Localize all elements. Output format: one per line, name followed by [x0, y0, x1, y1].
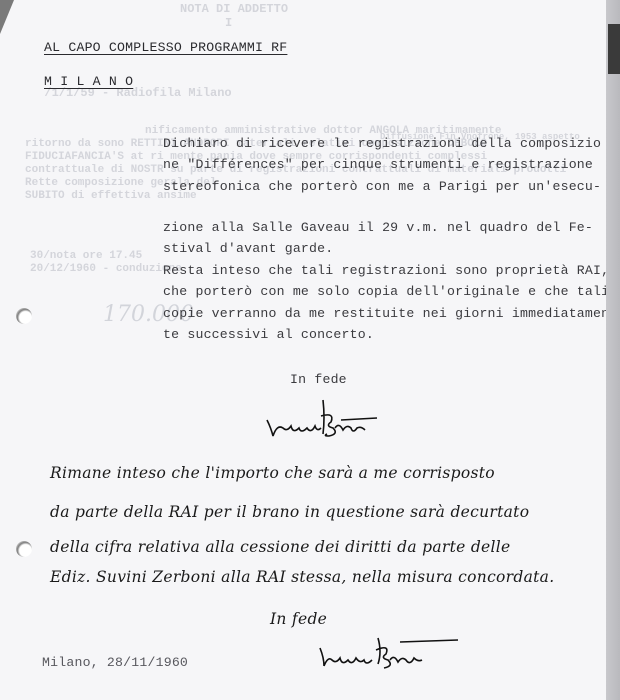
body-line-7: che porterò con me solo copia dell'origi…: [163, 284, 609, 299]
signature-2: Luciano Berio: [318, 632, 468, 672]
punch-hole-upper: [16, 308, 32, 324]
document-page: NOTA DI ADDETTO I /1/1/59 - Radiofila Mi…: [0, 0, 607, 700]
body-line-2: ne "Différences" per cinque strumenti e …: [163, 157, 593, 172]
body-line-6: Resta inteso che tali registrazioni sono…: [163, 263, 609, 278]
handwritten-line-2: da parte della RAI per il brano in quest…: [50, 503, 529, 521]
bleed-through-date: 30/nota ore 17.45: [30, 250, 142, 262]
recipient-heading: AL CAPO COMPLESSO PROGRAMMI RF: [44, 40, 287, 55]
body-line-4: zione alla Salle Gaveau il 29 v.m. nel q…: [163, 220, 593, 235]
bleed-through-heading: NOTA DI ADDETTO: [180, 2, 288, 16]
handwritten-closing: In fede: [270, 610, 327, 628]
place-and-date: Milano, 28/11/1960: [42, 655, 188, 670]
body-line-3: stereofonica che porterò con me a Parigi…: [163, 179, 601, 194]
body-line-9: te successivi al concerto.: [163, 327, 374, 342]
body-line-1: Dichiaro di ricevere le registrazioni de…: [163, 136, 601, 151]
signature-1: Luciano Berio: [265, 398, 385, 440]
body-line-8: copie verranno da me restituite nei gior…: [163, 306, 609, 321]
scan-edge-dark-mark: [608, 24, 620, 74]
scan-edge: [606, 0, 620, 700]
bleed-through-heading-mark: I: [225, 16, 232, 30]
bleed-through-date: 20/12/1960 - conduzione: [30, 263, 182, 275]
handwritten-line-3: della cifra relativa alla cessione dei d…: [50, 538, 511, 556]
city-heading: M I L A N O: [44, 74, 133, 89]
handwritten-line-4: Ediz. Suvini Zerboni alla RAI stessa, ne…: [50, 568, 554, 586]
typed-closing: In fede: [290, 372, 347, 387]
page-corner-fold: [0, 0, 14, 34]
body-line-5: stival d'avant garde.: [163, 241, 333, 256]
punch-hole-lower: [16, 541, 32, 557]
handwritten-line-1: Rimane inteso che l'importo che sarà a m…: [50, 464, 495, 482]
